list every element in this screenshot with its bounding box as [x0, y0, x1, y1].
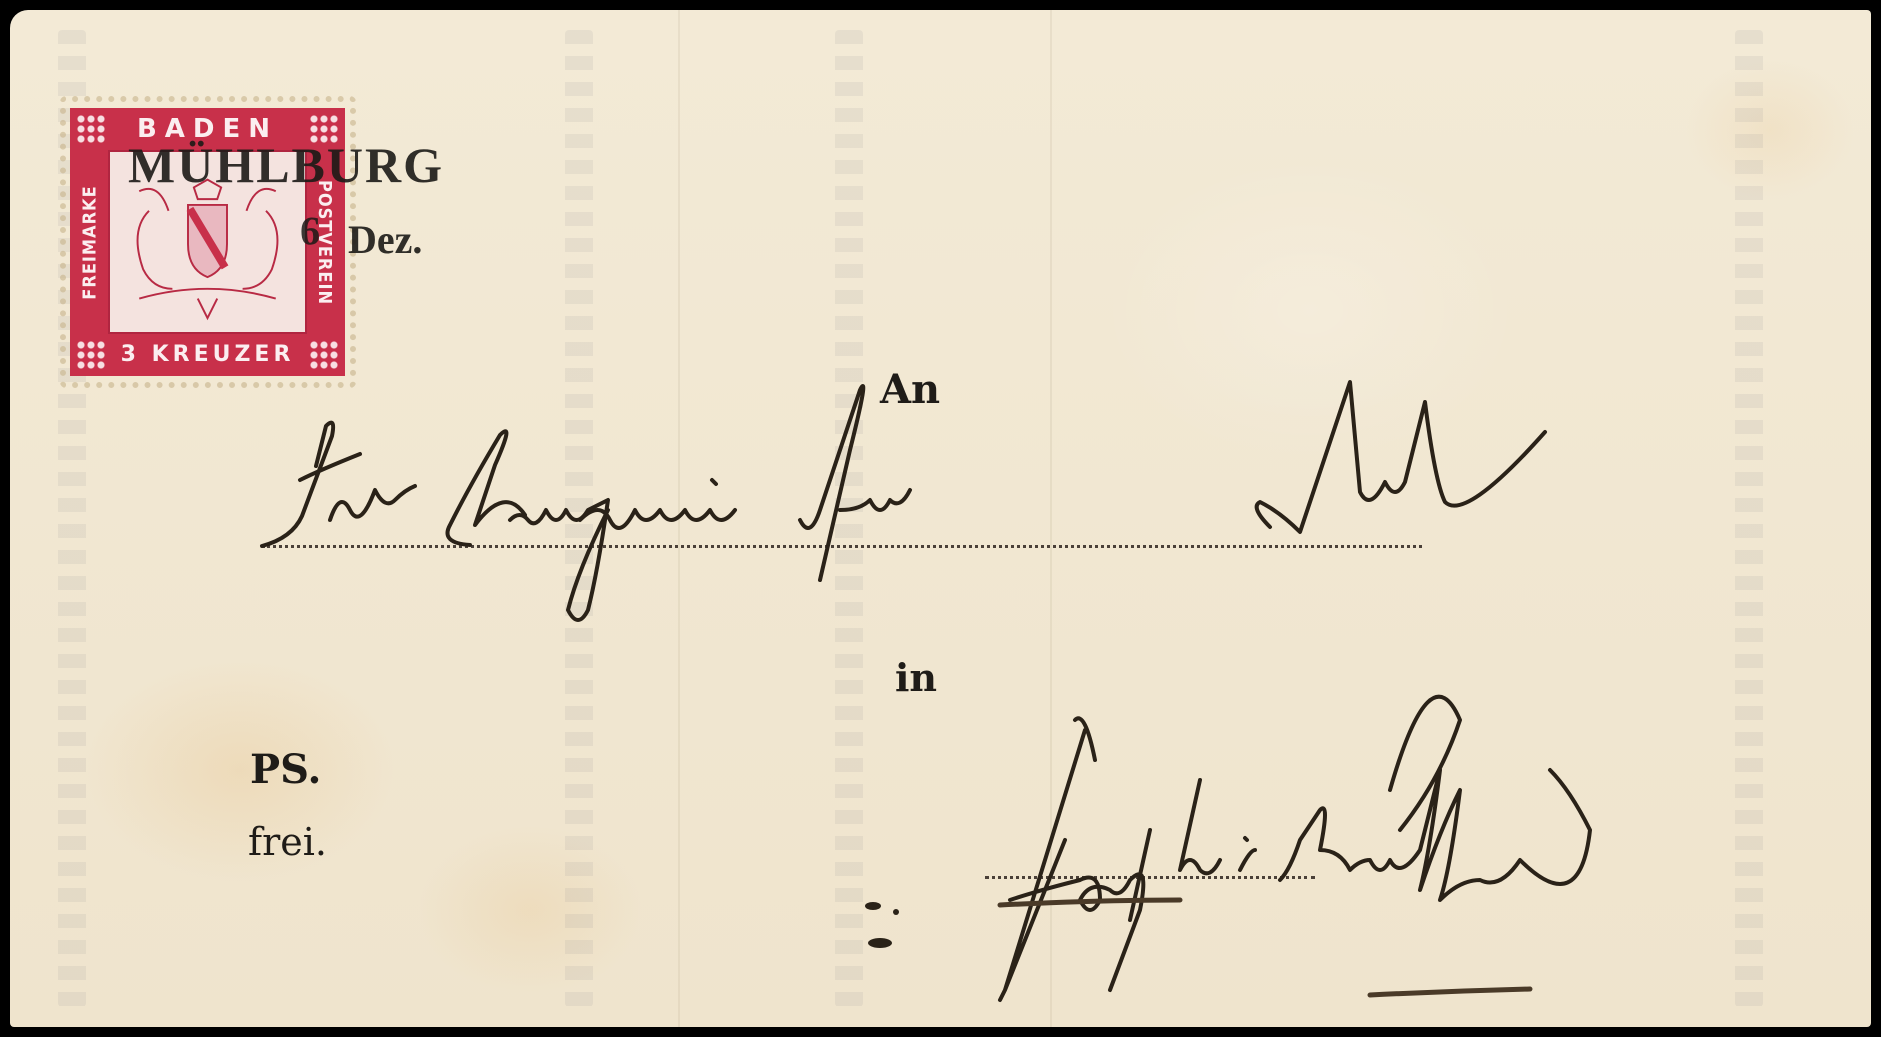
- handwriting-ink: [0, 0, 1881, 1037]
